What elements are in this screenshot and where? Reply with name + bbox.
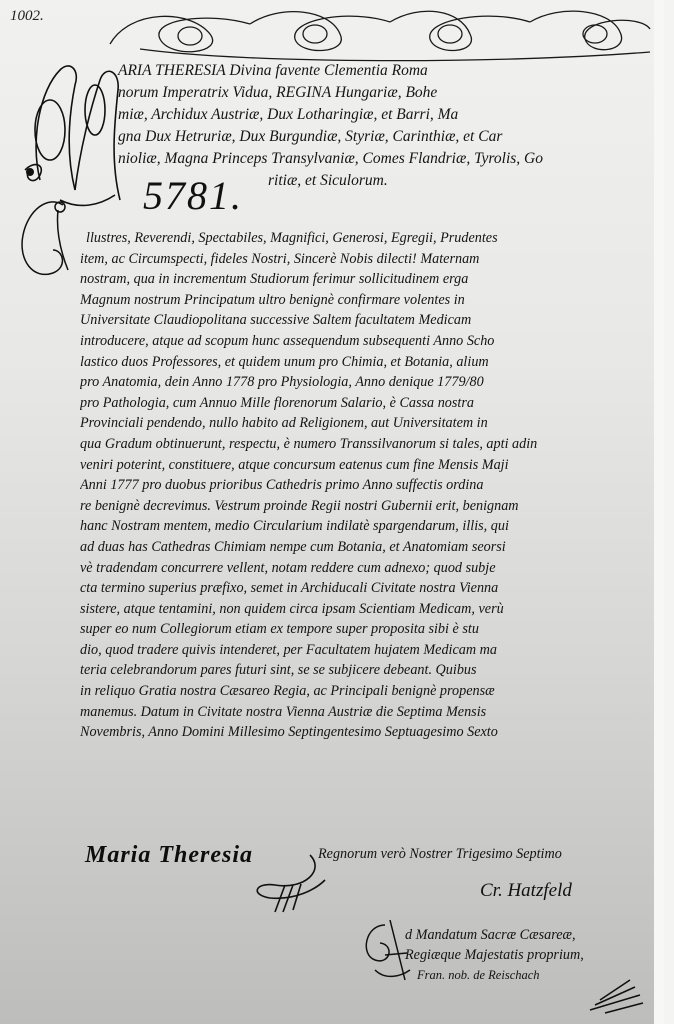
body-line: teria celebrandorum pares futuri sint, s… xyxy=(80,660,660,681)
body-line: dio, quod tradere quivis intenderet, per… xyxy=(80,640,660,661)
body-line: qua Gradum obtinuerunt, respectu, è nume… xyxy=(80,434,660,455)
manuscript-page: 1002. ARIA THERESIA Divina favente Cleme… xyxy=(0,0,664,1024)
secretary-paraph xyxy=(585,975,645,1015)
signature-flourish xyxy=(215,840,335,915)
body-line: super eo num Collegiorum etiam ex tempor… xyxy=(80,619,660,640)
registry-number: 5781. xyxy=(143,172,243,219)
body-line: item, ac Circumspecti, fideles Nostri, S… xyxy=(80,249,660,270)
mandate-line: Regiæque Majestatis proprium, xyxy=(405,945,664,965)
countersignature: Cr. Hatzfeld xyxy=(480,880,572,902)
body-line: pro Pathologia, cum Annuo Mille florenor… xyxy=(80,393,660,414)
body-line: llustres, Reverendi, Spectabiles, Magnif… xyxy=(80,228,660,249)
decree-body: llustres, Reverendi, Spectabiles, Magnif… xyxy=(80,228,660,743)
body-line: Novembris, Anno Domini Millesimo Septing… xyxy=(80,722,660,743)
body-line: Anni 1777 pro duobus prioribus Cathedris… xyxy=(80,475,660,496)
title-line: miæ, Archidux Austriæ, Dux Lotharingiæ, … xyxy=(118,104,658,126)
title-line: gna Dux Hetruriæ, Dux Burgundiæ, Styriæ,… xyxy=(118,126,658,148)
title-line: ARIA THERESIA Divina favente Clementia R… xyxy=(118,60,658,82)
body-line: re benignè decrevimus. Vestrum proinde R… xyxy=(80,496,660,517)
body-line: Universitate Claudiopolitana successive … xyxy=(80,310,660,331)
body-line: ad duas has Cathedras Chimiam nempe cum … xyxy=(80,537,660,558)
body-line: Magnum nostrum Principatum ultro benignè… xyxy=(80,290,660,311)
body-line: pro Anatomia, dein Anno 1778 pro Physiol… xyxy=(80,372,660,393)
body-line: cta termino superius præfixo, semet in A… xyxy=(80,578,660,599)
title-line: nioliæ, Magna Princeps Transylvaniæ, Com… xyxy=(118,148,658,170)
body-line: introducere, atque ad scopum hunc assequ… xyxy=(80,331,660,352)
body-line: lastico duos Professores, et quidem unum… xyxy=(80,352,660,373)
body-line: nostram, qua in incrementum Studiorum fe… xyxy=(80,269,660,290)
archive-number: 1002. xyxy=(10,8,44,25)
regnal-year-line: Regnorum verò Nostrer Trigesimo Septimo xyxy=(318,846,562,863)
body-line: hanc Nostram mentem, medio Circularium i… xyxy=(80,516,660,537)
body-line: veniri poterint, constituere, atque conc… xyxy=(80,455,660,476)
decorated-initial-M xyxy=(20,50,130,210)
body-line: Provinciali pendendo, nullo habito ad Re… xyxy=(80,413,660,434)
body-line: in reliquo Gratia nostra Cæsareo Regia, … xyxy=(80,681,660,702)
body-line: sistere, atque tentamini, non quidem cir… xyxy=(80,599,660,620)
calligraphic-flourish-header xyxy=(50,4,660,62)
body-line: manemus. Datum in Civitate nostra Vienna… xyxy=(80,702,660,723)
title-line: norum Imperatrix Vidua, REGINA Hungariæ,… xyxy=(118,82,658,104)
mandate-line: d Mandatum Sacræ Cæsareæ, xyxy=(405,925,664,945)
decorated-initial-I xyxy=(8,195,78,285)
body-line: vè tradendam concurrere vellent, notam r… xyxy=(80,558,660,579)
